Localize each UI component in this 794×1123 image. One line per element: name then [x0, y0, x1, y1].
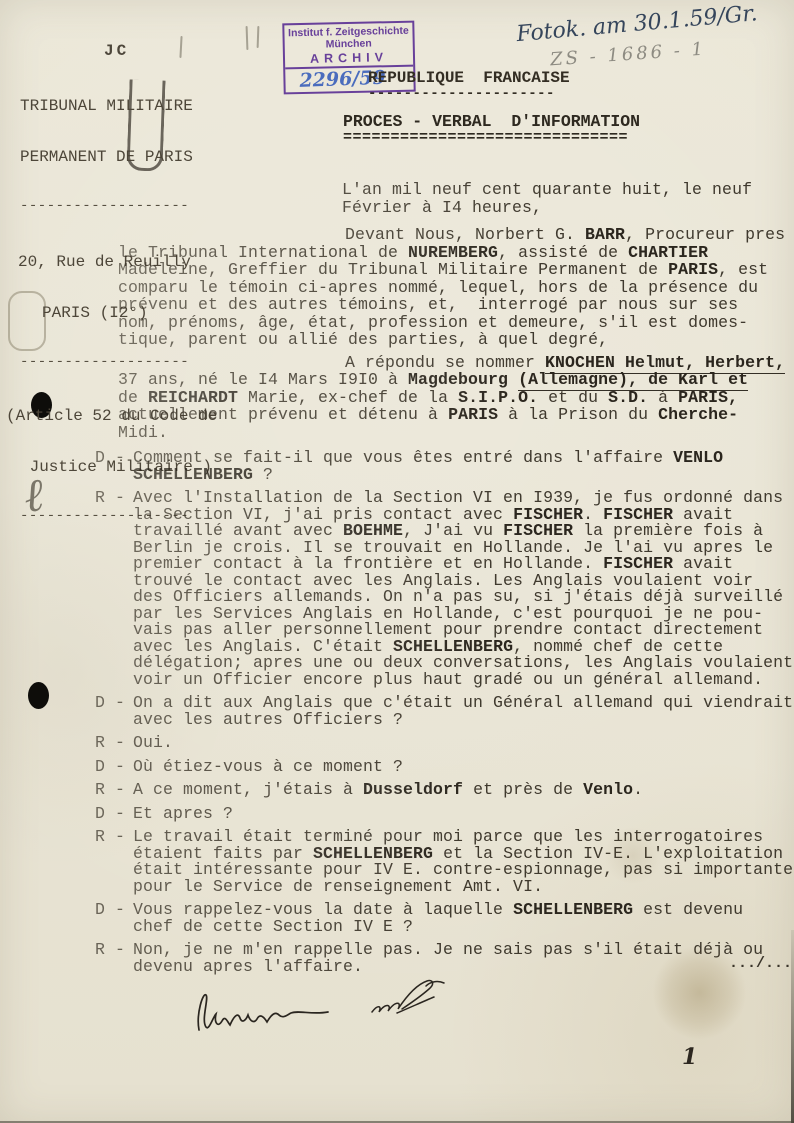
qa-row: R -Le travail était terminé pour moi par…: [0, 829, 794, 895]
letterhead-code: JC: [104, 42, 129, 60]
qa-label: D -: [95, 806, 125, 823]
qa-row: D -Vous rappelez-vous la date à laquelle…: [0, 902, 794, 935]
typed-line: nom, prénoms, âge, état, profession et d…: [118, 314, 794, 332]
republic-underline: ---------------------: [368, 86, 570, 102]
archive-stamp-archiv: ARCHIV: [287, 50, 411, 67]
typed-line: voir un Officier encore plus haut gradé …: [133, 672, 794, 689]
document-body: L'an mil neuf cent quarante huit, le neu…: [0, 181, 794, 982]
typed-line: tique, parent ou allié des parties, à qu…: [118, 331, 794, 349]
typed-line: Midi.: [118, 424, 794, 442]
qa-row: D -Où étiez-vous à ce moment ?: [0, 759, 794, 776]
typed-line: 37 ans, né le I4 Mars I9I0 à Magdebourg …: [118, 371, 794, 389]
typed-line: le Tribunal International de NUREMBERG, …: [118, 244, 794, 262]
page-number: 1: [682, 1044, 697, 1070]
signature-second: [364, 972, 456, 1024]
qa-row: R -A ce moment, j'étais à Dusseldorf et …: [0, 782, 794, 799]
typed-line: Où étiez-vous à ce moment ?: [133, 759, 794, 776]
typed-line: actuellement prévenu et détenu à PARIS à…: [118, 406, 794, 424]
typed-line: Et apres ?: [133, 806, 794, 823]
document-title-underline: ==============================: [343, 131, 640, 144]
paragraph: A répondu se nommer KNOCHEN Helmut, Herb…: [0, 354, 794, 442]
qa-row: R -Oui.: [0, 735, 794, 752]
scanned-document-page: { "letterhead": { "code": "JC", "org_lin…: [0, 0, 794, 1123]
qa-label: D -: [95, 695, 125, 712]
qa-label: D -: [95, 759, 125, 776]
qa-label: D -: [95, 902, 125, 919]
typed-line: Madeleine, Greffier du Tribunal Militair…: [118, 261, 794, 279]
archive-stamp-text: Institut f. Zeitgeschichte München ARCHI…: [284, 23, 413, 70]
qa-label: R -: [95, 942, 125, 959]
paper-stain: [598, 828, 668, 883]
qa-label: D -: [95, 450, 125, 467]
qa-section: D -Comment se fait-il que vous êtes entr…: [0, 450, 794, 975]
qa-row: D -Et apres ?: [0, 806, 794, 823]
typed-line: A répondu se nommer KNOCHEN Helmut, Herb…: [345, 354, 794, 372]
paragraph: L'an mil neuf cent quarante huit, le neu…: [0, 181, 794, 216]
typed-line: Février à I4 heures,: [342, 199, 794, 217]
typed-line: avec les autres Officiers ?: [133, 712, 794, 729]
typed-line: Oui.: [133, 735, 794, 752]
qa-row: D -On a dit aux Anglais que c'était un G…: [0, 695, 794, 728]
preamble: L'an mil neuf cent quarante huit, le neu…: [0, 181, 794, 441]
republic-heading: REPUBLIQUE FRANCAISE -------------------…: [368, 70, 570, 102]
qa-label: R -: [95, 782, 125, 799]
signature-knochen: [188, 982, 343, 1040]
document-title-block: PROCES - VERBAL D'INFORMATION ==========…: [343, 112, 640, 144]
qa-row: R -Avec l'Installation de la Section VI …: [0, 490, 794, 688]
typed-line: chef de cette Section IV E ?: [133, 919, 794, 936]
qa-label: R -: [95, 490, 125, 507]
letterhead-org-line: TRIBUNAL MILITAIRE: [20, 98, 217, 115]
qa-label: R -: [95, 735, 125, 752]
typed-line: Devant Nous, Norbert G. BARR, Procureur …: [345, 226, 794, 244]
typed-line: SCHELLENBERG ?: [133, 467, 794, 484]
qa-row: D -Comment se fait-il que vous êtes entr…: [0, 450, 794, 483]
typed-line: prévenu et des autres témoins, et, inter…: [118, 296, 794, 314]
paragraph: Devant Nous, Norbert G. BARR, Procureur …: [0, 226, 794, 349]
typed-line: pour le Service de renseignement Amt. VI…: [133, 879, 794, 896]
qa-label: R -: [95, 829, 125, 846]
paper-stain: [652, 945, 747, 1040]
letterhead-org-line: PERMANENT DE PARIS: [20, 149, 217, 166]
typed-line: A ce moment, j'étais à Dusseldorf et prè…: [133, 782, 794, 799]
republic-heading-text: REPUBLIQUE FRANCAISE: [368, 70, 570, 86]
typed-line: comparu le témoin ci-apres nommé, lequel…: [118, 279, 794, 297]
typed-line: de REICHARDT Marie, ex-chef de la S.I.P.…: [118, 389, 794, 407]
typed-line: L'an mil neuf cent quarante huit, le neu…: [342, 181, 794, 199]
